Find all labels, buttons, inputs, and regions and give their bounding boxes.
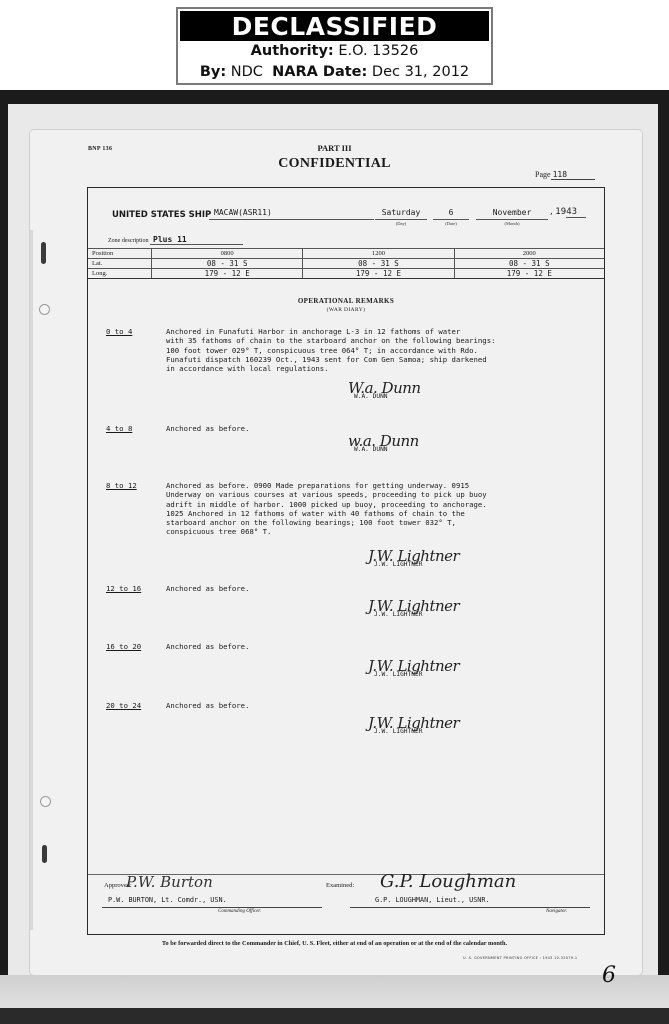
time-0800: 0800 — [152, 249, 303, 259]
signature-scrawl: J.W. Lightner — [368, 657, 459, 675]
watch-signature: J.W. Lightner J.W. LIGHTNER — [374, 671, 422, 678]
signature-scrawl: J.W. Lightner — [368, 597, 459, 615]
table-row: Long. 179 - 12 E 179 - 12 E 179 - 12 E — [88, 269, 604, 279]
month-value: November — [476, 208, 548, 220]
page-bottom-fold — [0, 975, 669, 1010]
position-label: Position — [88, 249, 152, 259]
remarks-subtitle: (WAR DIARY) — [88, 307, 604, 313]
watch-label: 16 to 20 — [106, 642, 141, 651]
time-1200: 1200 — [303, 249, 454, 259]
date-value: 6 — [433, 208, 469, 220]
approved-signature-line — [102, 907, 322, 908]
watch-signature: J.W. Lightner J.W. LIGHTNER — [374, 611, 422, 618]
examined-role: Navigator. — [546, 909, 567, 914]
day-value: Saturday — [375, 208, 427, 220]
stamp-by-line: By: NDC NARA Date: Dec 31, 2012 — [178, 62, 491, 83]
approved-signature-scrawl: P.W. Burton — [126, 873, 213, 891]
day-caption: (Day) — [375, 221, 427, 226]
binder-hole-icon — [39, 304, 50, 315]
zone-description: Zone description Plus 11 — [108, 235, 243, 245]
lat-1200: 08 - 31 S — [303, 259, 454, 269]
watch-signature: W.a. Dunn W.A. DUNN — [354, 393, 388, 400]
long-0800: 179 - 12 E — [152, 269, 303, 279]
handwritten-page-number: 6 — [602, 963, 616, 988]
date-caption: (Date) — [433, 221, 469, 226]
signature-scrawl: J.W. Lightner — [368, 547, 459, 565]
watch-label: 20 to 24 — [106, 701, 141, 710]
watch-signature: w.a. Dunn W.A. DUNN — [354, 446, 388, 453]
scan-bottom-edge — [0, 1008, 669, 1024]
signature-scrawl: J.W. Lightner — [368, 714, 459, 732]
lat-label: Lat. — [88, 259, 152, 269]
position-table: Position 0800 1200 2000 Lat. 08 - 31 S 0… — [88, 248, 604, 279]
year-value: , 1943 — [550, 207, 586, 218]
examined-label: Examined: — [326, 882, 354, 889]
month-caption: (Month) — [476, 221, 548, 226]
approved-role: Commanding Officer. — [218, 909, 261, 914]
signature-scrawl: W.a. Dunn — [348, 379, 421, 397]
entry-text: Anchored as before. — [166, 701, 586, 710]
signature-scrawl: w.a. Dunn — [348, 432, 419, 450]
forwarding-instruction: To be forwarded direct to the Commander … — [0, 940, 669, 947]
table-row: Lat. 08 - 31 S 08 - 31 S 08 - 31 S — [88, 259, 604, 269]
remarks-title: OPERATIONAL REMARKS — [88, 297, 604, 305]
binder-clip-icon — [42, 845, 47, 863]
binder-clip-icon — [41, 242, 46, 264]
long-1200: 179 - 12 E — [303, 269, 454, 279]
lat-0800: 08 - 31 S — [152, 259, 303, 269]
printer-imprint: U. S. GOVERNMENT PRINTING OFFICE : 1943 … — [463, 956, 577, 960]
part-heading: PART III — [0, 143, 669, 153]
examined-signature-scrawl: G.P. Loughman — [380, 871, 516, 892]
stamp-authority: Authority: E.O. 13526 — [178, 41, 491, 62]
stamp-banner: DECLASSIFIED — [180, 11, 489, 41]
watch-label: 4 to 8 — [106, 424, 132, 433]
watch-label: 12 to 16 — [106, 584, 141, 593]
table-row: Position 0800 1200 2000 — [88, 249, 604, 259]
scan-top-edge — [0, 90, 669, 104]
declassified-stamp: DECLASSIFIED Authority: E.O. 13526 By: N… — [176, 7, 493, 85]
binder-hole-icon — [40, 796, 51, 807]
entry-text: Anchored as before. — [166, 642, 586, 651]
approved-name: P.W. BURTON, Lt. Comdr., USN. — [108, 896, 227, 904]
watch-label: 8 to 12 — [106, 481, 137, 490]
examined-name: G.P. LOUGHMAN, Lieut., USNR. — [375, 896, 490, 904]
ship-label: UNITED STATES SHIP — [112, 210, 211, 220]
war-diary-form: UNITED STATES SHIP MACAW(ASR11) Saturday… — [87, 187, 605, 935]
page-fold-line — [30, 230, 33, 930]
watch-label: 0 to 4 — [106, 327, 132, 336]
entry-text: Anchored in Funafuti Harbor in anchorage… — [166, 327, 586, 373]
time-2000: 2000 — [454, 249, 604, 259]
approval-block: Approved: P.W. Burton P.W. BURTON, Lt. C… — [88, 874, 604, 937]
watch-signature: J.W. Lightner J.W. LIGHTNER — [374, 728, 422, 735]
entry-text: Anchored as before. — [166, 584, 586, 593]
ship-name: MACAW(ASR11) — [209, 208, 374, 220]
long-label: Long. — [88, 269, 152, 279]
examined-signature-line — [350, 907, 590, 908]
entry-text: Anchored as before. 0900 Made preparatio… — [166, 481, 586, 537]
long-2000: 179 - 12 E — [454, 269, 604, 279]
watch-signature: J.W. Lightner J.W. LIGHTNER — [374, 561, 422, 568]
page-number: Page118 — [535, 170, 595, 180]
lat-2000: 08 - 31 S — [454, 259, 604, 269]
